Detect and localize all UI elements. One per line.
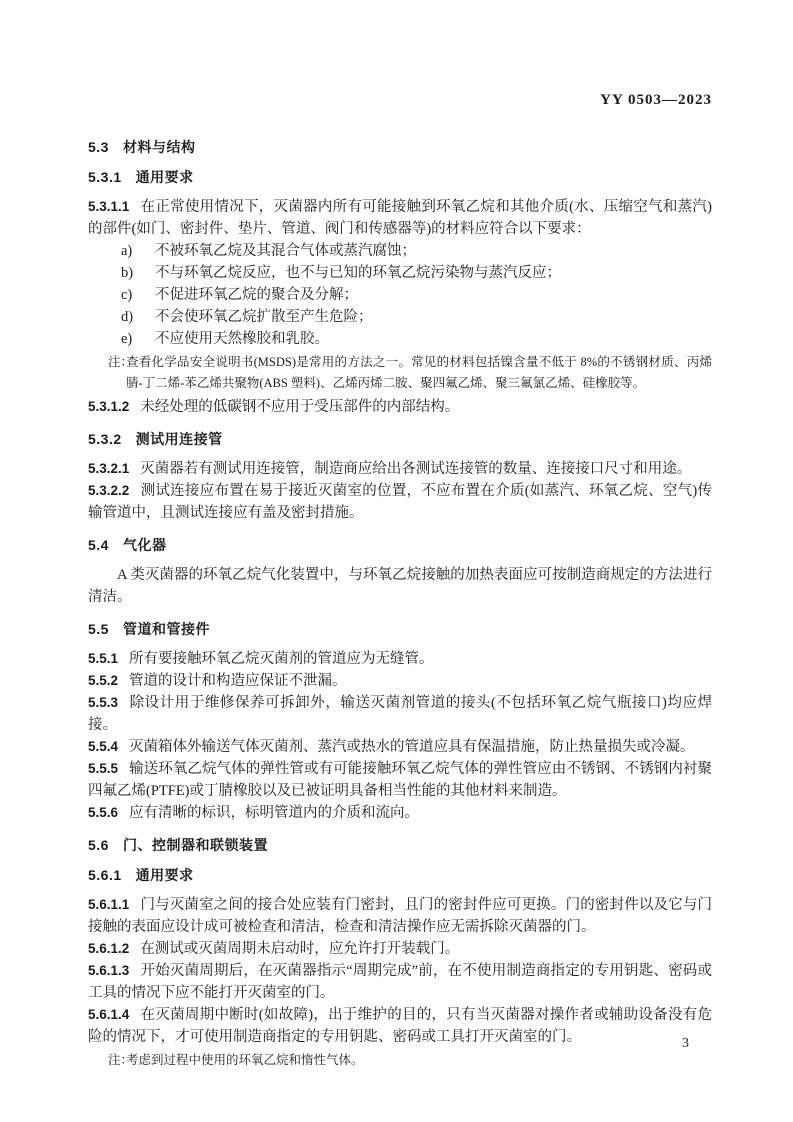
- list-item-label: a): [121, 240, 155, 262]
- clause-number: 5.6.1.4: [88, 1007, 129, 1022]
- section-heading-5.3: 5.3材料与结构: [88, 138, 712, 156]
- heading-title: 门、控制器和联锁装置: [123, 837, 268, 853]
- clause-5.3.1.2: 5.3.1.2未经处理的低碳钢不应用于受压部件的内部结构。: [88, 396, 712, 418]
- clause-5.5.4: 5.5.4灭菌箱体外输送气体灭菌剂、蒸汽或热水的管道应具有保温措施，防止热量损失…: [88, 736, 712, 758]
- section-heading-5.6.1: 5.6.1通用要求: [88, 866, 712, 884]
- clause-text: 门与灭菌室之间的接合处应装有门密封，且门的密封件应可更换。门的密封件以及它与门接…: [88, 897, 712, 935]
- clause-number: 5.6.1.2: [88, 941, 129, 956]
- clause-text: 在灭菌周期中断时(如故障)，出于维护的目的，只有当灭菌器对操作者或辅助设备没有危…: [88, 1007, 712, 1045]
- clause-5.6.1.4: 5.6.1.4在灭菌周期中断时(如故障)，出于维护的目的，只有当灭菌器对操作者或…: [88, 1004, 712, 1048]
- heading-title: 通用要求: [136, 169, 194, 185]
- heading-number: 5.6.1: [88, 867, 122, 883]
- heading-title: 气化器: [123, 537, 167, 553]
- list-item-text: 不会使环氧乙烷扩散至产生危险；: [155, 306, 712, 328]
- list-item: b)不与环氧乙烷反应，也不与已知的环氧乙烷污染物与蒸汽反应；: [88, 262, 712, 284]
- heading-number: 5.6: [88, 837, 109, 853]
- clause-text: 所有要接触环氧乙烷灭菌剂的管道应为无缝管。: [129, 651, 434, 667]
- clause-5.5.2: 5.5.2管道的设计和构造应保证不泄漏。: [88, 670, 712, 692]
- clause-number: 5.3.2.1: [88, 461, 129, 476]
- heading-number: 5.3.2: [88, 431, 122, 447]
- document-body: 5.3材料与结构5.3.1通用要求5.3.1.1在正常使用情况下，灭菌器内所有可…: [88, 138, 712, 1071]
- section-heading-5.4: 5.4气化器: [88, 536, 712, 554]
- clause-number: 5.6.1.1: [88, 897, 129, 912]
- list-item-text: 不被环氧乙烷及其混合气体或蒸汽腐蚀；: [155, 240, 712, 262]
- clause-text: 在测试或灭菌周期未启动时，应允许打开装载门。: [140, 941, 459, 957]
- heading-number: 5.3: [88, 139, 109, 155]
- clause-text: 除设计用于维修保养可拆卸外，输送灭菌剂管道的接头(不包括环氧乙烷气瓶接口)均应焊…: [88, 695, 712, 733]
- body-paragraph: A 类灭菌器的环氧乙烷气化装置中，与环氧乙烷接触的加热表面应可按制造商规定的方法…: [88, 564, 712, 608]
- clause-text: 未经处理的低碳钢不应用于受压部件的内部结构。: [140, 399, 459, 415]
- page-number: 3: [682, 1036, 689, 1052]
- item-list: a)不被环氧乙烷及其混合气体或蒸汽腐蚀；b)不与环氧乙烷反应，也不与已知的环氧乙…: [88, 240, 712, 350]
- clause-text: 输送环氧乙烷气体的弹性管或有可能接触环氧乙烷气体的弹性管应由不锈钢、不锈钢内衬聚…: [88, 761, 712, 799]
- clause-number: 5.5.1: [88, 651, 118, 666]
- heading-number: 5.3.1: [88, 169, 122, 185]
- clause-number: 5.5.6: [88, 805, 118, 820]
- note-text: 查看化学品安全说明书(MSDS)是常用的方法之一。常见的材料包括镍含量不低于 8…: [126, 355, 712, 390]
- clause-number: 5.5.2: [88, 673, 118, 688]
- clause-number: 5.5.5: [88, 761, 118, 776]
- clause-text: 在正常使用情况下，灭菌器内所有可能接触到环氧乙烷和其他介质(水、压缩空气和蒸汽)…: [88, 199, 712, 237]
- clause-5.3.2.1: 5.3.2.1灭菌器若有测试用连接管，制造商应给出各测试连接管的数量、连接接口尺…: [88, 458, 712, 480]
- clause-text: 应有清晰的标识，标明管道内的介质和流向。: [129, 805, 419, 821]
- clause-text: 灭菌箱体外输送气体灭菌剂、蒸汽或热水的管道应具有保温措施，防止热量损失或冷凝。: [129, 739, 695, 755]
- list-item: c)不促进环氧乙烷的聚合及分解；: [88, 284, 712, 306]
- section-heading-5.6: 5.6门、控制器和联锁装置: [88, 836, 712, 854]
- heading-title: 通用要求: [136, 867, 194, 883]
- list-item: e)不应使用天然橡胶和乳胶。: [88, 328, 712, 350]
- section-heading-5.3.2: 5.3.2测试用连接管: [88, 430, 712, 448]
- heading-title: 材料与结构: [123, 139, 196, 155]
- clause-number: 5.5.3: [88, 695, 118, 710]
- clause-5.5.5: 5.5.5输送环氧乙烷气体的弹性管或有可能接触环氧乙烷气体的弹性管应由不锈钢、不…: [88, 758, 712, 802]
- clause-5.3.2.2: 5.3.2.2测试连接应布置在易于接近灭菌室的位置，不应布置在介质(如蒸汽、环氧…: [88, 480, 712, 524]
- clause-5.5.6: 5.5.6应有清晰的标识，标明管道内的介质和流向。: [88, 802, 712, 824]
- clause-5.5.1: 5.5.1所有要接触环氧乙烷灭菌剂的管道应为无缝管。: [88, 648, 712, 670]
- heading-number: 5.4: [88, 537, 109, 553]
- note: 注：考虑到过程中使用的环氧乙烷和惰性气体。: [88, 1050, 712, 1071]
- list-item-label: d): [121, 306, 155, 328]
- section-heading-5.3.1: 5.3.1通用要求: [88, 168, 712, 186]
- clause-number: 5.6.1.3: [88, 963, 129, 978]
- clause-text: 灭菌器若有测试用连接管，制造商应给出各测试连接管的数量、连接接口尺寸和用途。: [140, 461, 691, 477]
- clause-text: 开始灭菌周期后，在灭菌器指示“周期完成”前，在不使用制造商指定的专用钥匙、密码或…: [88, 963, 712, 1001]
- standard-number: YY 0503—2023: [88, 92, 712, 108]
- clause-number: 5.3.2.2: [88, 483, 129, 498]
- clause-number: 5.3.1.1: [88, 199, 129, 214]
- heading-title: 测试用连接管: [136, 431, 223, 447]
- document-page: YY 0503—2023 5.3材料与结构5.3.1通用要求5.3.1.1在正常…: [0, 0, 793, 1122]
- clause-5.6.1.3: 5.6.1.3开始灭菌周期后，在灭菌器指示“周期完成”前，在不使用制造商指定的专…: [88, 960, 712, 1004]
- list-item-text: 不应使用天然橡胶和乳胶。: [155, 328, 712, 350]
- list-item-text: 不促进环氧乙烷的聚合及分解；: [155, 284, 712, 306]
- list-item-text: 不与环氧乙烷反应，也不与已知的环氧乙烷污染物与蒸汽反应；: [155, 262, 712, 284]
- clause-text: 管道的设计和构造应保证不泄漏。: [129, 673, 347, 689]
- section-heading-5.5: 5.5管道和管接件: [88, 620, 712, 638]
- heading-number: 5.5: [88, 621, 109, 637]
- list-item-label: b): [121, 262, 155, 284]
- clause-number: 5.3.1.2: [88, 399, 129, 414]
- list-item-label: e): [121, 328, 155, 350]
- clause-5.6.1.2: 5.6.1.2在测试或灭菌周期未启动时，应允许打开装载门。: [88, 938, 712, 960]
- list-item: d)不会使环氧乙烷扩散至产生危险；: [88, 306, 712, 328]
- clause-5.6.1.1: 5.6.1.1门与灭菌室之间的接合处应装有门密封，且门的密封件应可更换。门的密封…: [88, 894, 712, 938]
- note: 注：查看化学品安全说明书(MSDS)是常用的方法之一。常见的材料包括镍含量不低于…: [88, 352, 712, 394]
- page-content: YY 0503—2023 5.3材料与结构5.3.1通用要求5.3.1.1在正常…: [88, 92, 712, 1073]
- note-text: 考虑到过程中使用的环氧乙烷和惰性气体。: [126, 1053, 364, 1067]
- list-item: a)不被环氧乙烷及其混合气体或蒸汽腐蚀；: [88, 240, 712, 262]
- clause-text: 测试连接应布置在易于接近灭菌室的位置，不应布置在介质(如蒸汽、环氧乙烷、空气)传…: [88, 483, 712, 521]
- heading-title: 管道和管接件: [123, 621, 210, 637]
- clause-number: 5.5.4: [88, 739, 118, 754]
- clause-5.5.3: 5.5.3除设计用于维修保养可拆卸外，输送灭菌剂管道的接头(不包括环氧乙烷气瓶接…: [88, 692, 712, 736]
- note-label: 注：: [108, 1050, 133, 1071]
- list-item-label: c): [121, 284, 155, 306]
- clause-5.3.1.1: 5.3.1.1在正常使用情况下，灭菌器内所有可能接触到环氧乙烷和其他介质(水、压…: [88, 196, 712, 240]
- note-label: 注：: [108, 352, 133, 373]
